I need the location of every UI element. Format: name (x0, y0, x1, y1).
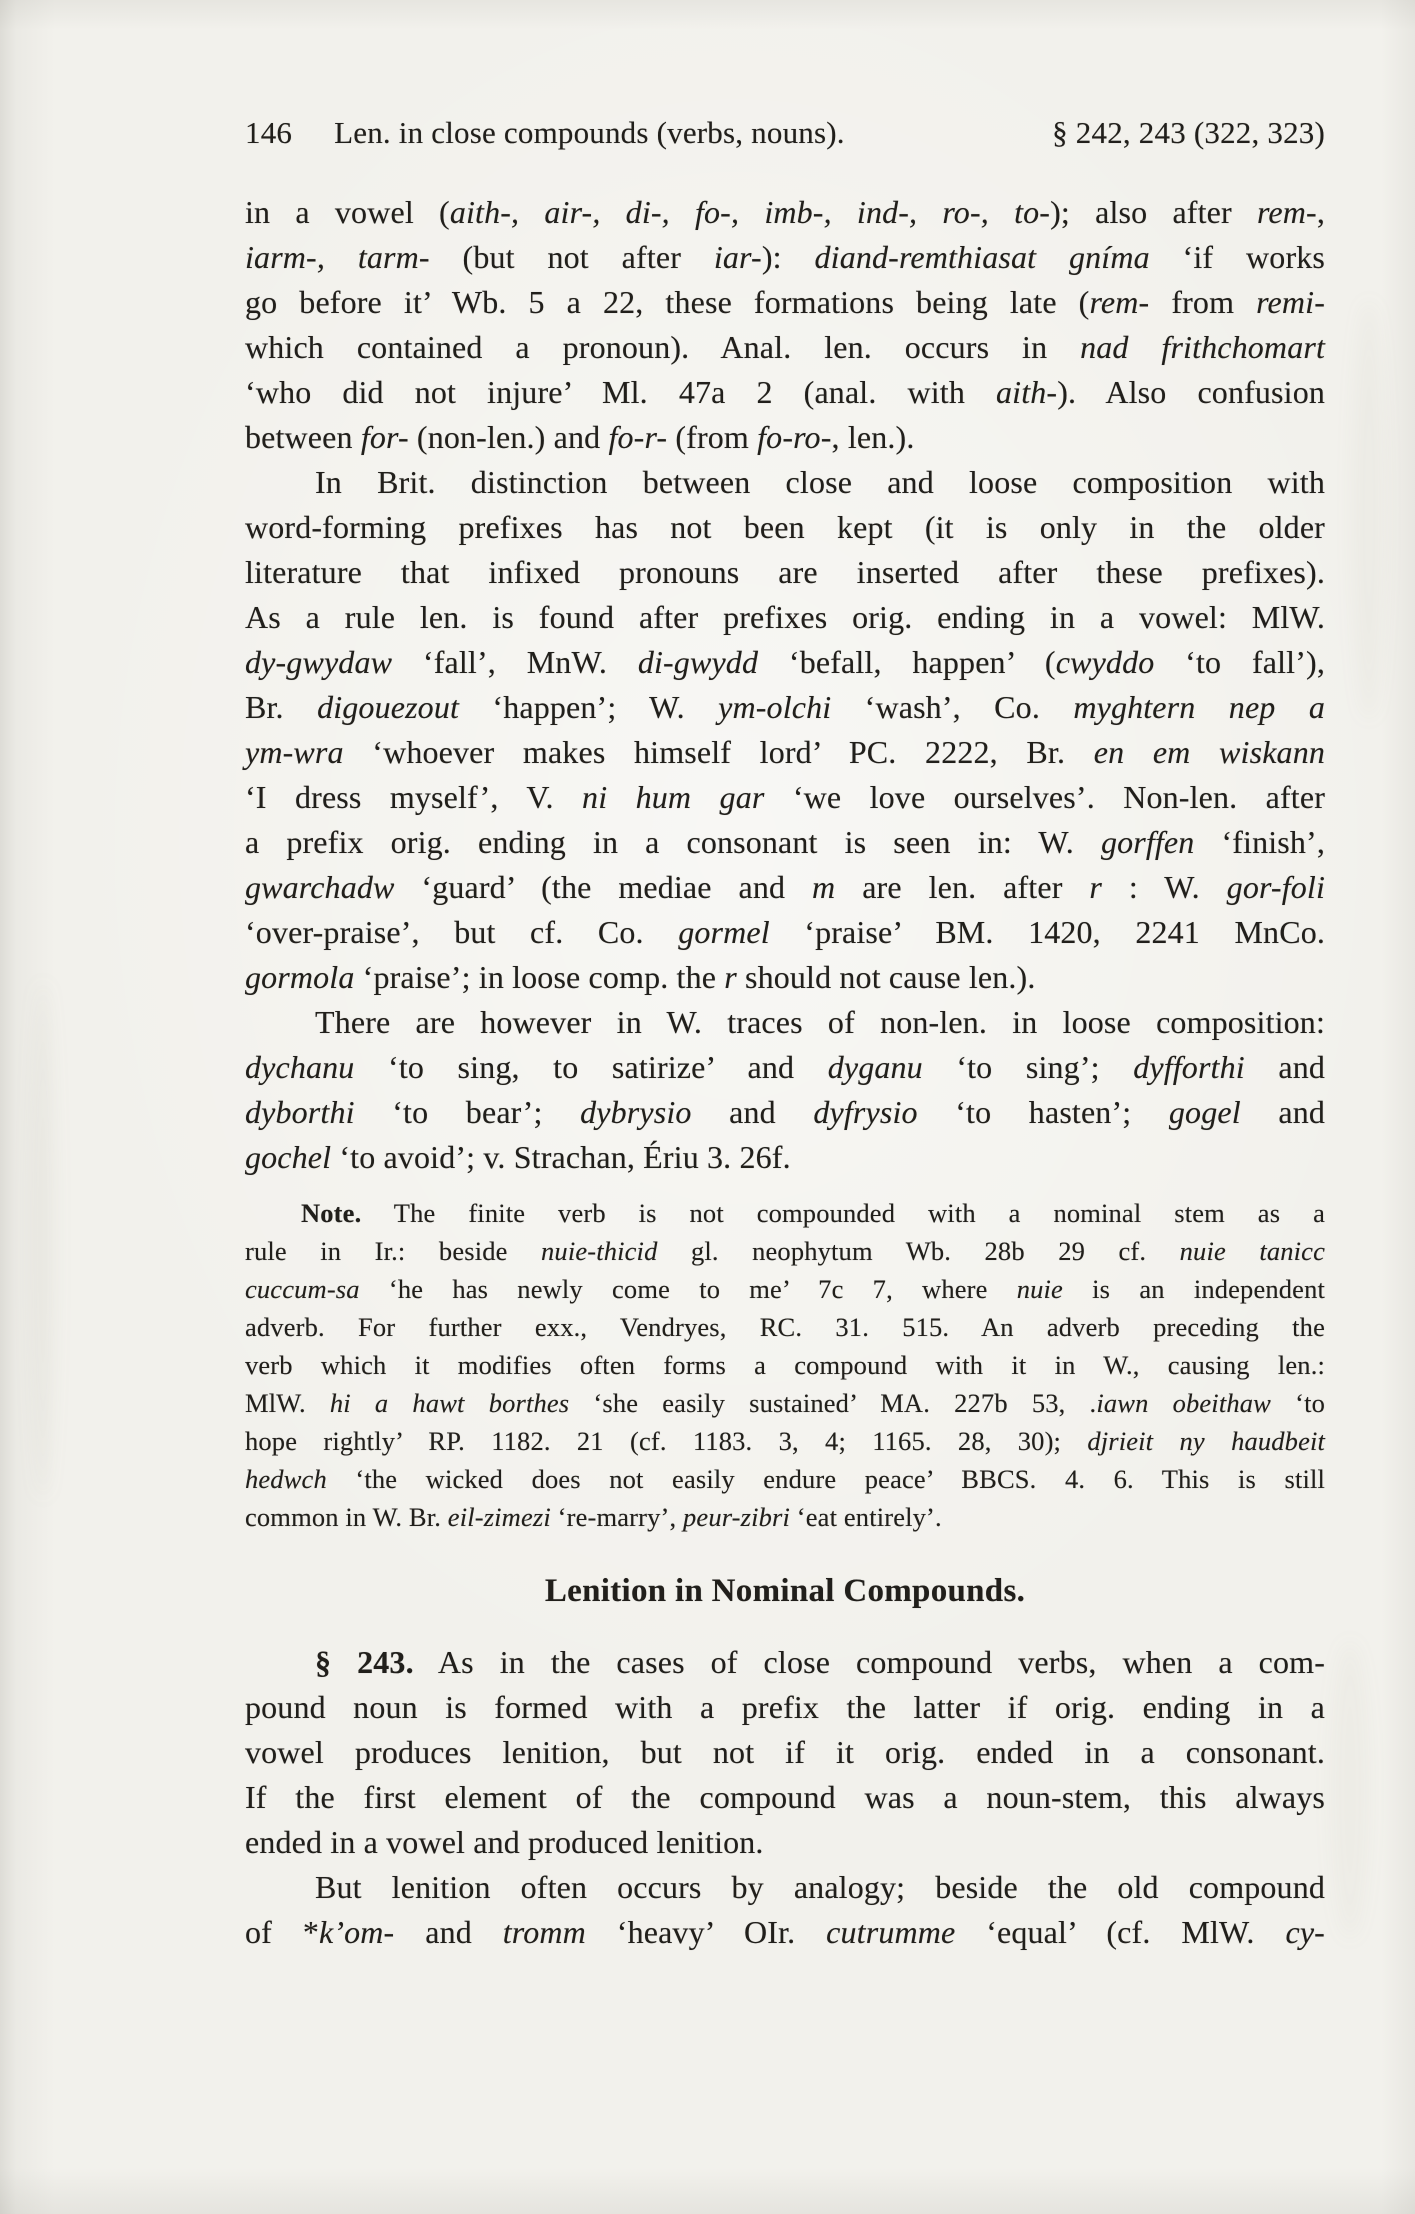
roman-text: which contained a pronoun). Anal. len. o… (245, 329, 1080, 365)
note-finite-verb: Note. The finite verb is not compounded … (245, 1194, 1325, 1536)
running-title: Len. in close compounds (verbs, nouns). (334, 112, 845, 154)
text-line: verb which it modifies often forms a com… (245, 1346, 1325, 1384)
italic-text: dybrysio (580, 1094, 691, 1130)
roman-text: But lenition often occurs by analogy; be… (315, 1869, 1325, 1905)
italic-text: djrieit ny haudbeit (1087, 1426, 1325, 1456)
italic-text: dyborthi (245, 1094, 355, 1130)
roman-text: ); also after (1050, 194, 1257, 230)
italic-text: for- (361, 419, 409, 455)
italic-text: iar- (714, 239, 762, 275)
text-line: gormola ‘praise’; in loose comp. the r s… (245, 955, 1325, 1000)
roman-text: As in the cases of close compound verbs,… (414, 1644, 1325, 1680)
roman-text: ‘who did not injure’ Ml. 47a 2 (anal. wi… (245, 374, 996, 410)
roman-text: ‘to fall’), (1154, 644, 1325, 680)
roman-text: gl. neophytum Wb. 28b 29 cf. (657, 1236, 1179, 1266)
text-line: hope rightly’ RP. 1182. 21 (cf. 1183. 3,… (245, 1422, 1325, 1460)
roman-text: and (1241, 1094, 1325, 1130)
roman-text: should not cause len.). (737, 959, 1036, 995)
italic-text: aith-, air-, di-, fo-, imb-, ind-, ro-, … (450, 194, 1050, 230)
italic-text: r (1089, 869, 1102, 905)
italic-text: cwyddo (1056, 644, 1155, 680)
roman-text: in a vowel ( (245, 194, 450, 230)
text-line: in a vowel (aith-, air-, di-, fo-, imb-,… (245, 190, 1325, 235)
italic-text: aith- (996, 374, 1057, 410)
italic-text: cuccum-sa (245, 1274, 360, 1304)
italic-text: dychanu (245, 1049, 354, 1085)
roman-text: ): (762, 239, 815, 275)
roman-text: ‘to avoid’; v. Strachan, Ériu 3. 26f. (331, 1139, 791, 1175)
roman-text: word-forming prefixes has not been kept … (245, 509, 1325, 545)
roman-text: ‘befall, happen’ ( (758, 644, 1056, 680)
running-header: 146 Len. in close compounds (verbs, noun… (245, 112, 1325, 154)
italic-text: nad frithchomart (1080, 329, 1325, 365)
roman-text: between (245, 419, 361, 455)
bold-text: Note. (301, 1198, 361, 1228)
italic-text: eil-zimezi (448, 1502, 551, 1532)
text-line: As a rule len. is found after prefixes o… (245, 595, 1325, 640)
text-line: dychanu ‘to sing, to satirize’ and dygan… (245, 1045, 1325, 1090)
italic-text: gogel (1169, 1094, 1241, 1130)
roman-text: ‘to sing’; (923, 1049, 1133, 1085)
italic-text: diand-remthiasat gníma (815, 239, 1150, 275)
roman-text: The finite verb is not compounded with a… (361, 1198, 1325, 1228)
roman-text: (but not after (430, 239, 714, 275)
para-243-nominal-compounds: § 243. As in the cases of close compound… (245, 1640, 1325, 1865)
text-line: a prefix orig. ending in a consonant is … (245, 820, 1325, 865)
para-lenition-analogy: But lenition often occurs by analogy; be… (245, 1865, 1325, 1955)
text-line: There are however in W. traces of non-le… (245, 1000, 1325, 1045)
roman-text: ). Also confusion (1057, 374, 1325, 410)
italic-text: cutrumme (826, 1914, 955, 1950)
text-line: dy-gwydaw ‘fall’, MnW. di-gwydd ‘befall,… (245, 640, 1325, 685)
text-line: of *k’om- and tromm ‘heavy’ OIr. cutrumm… (245, 1910, 1325, 1955)
text-line: § 243. As in the cases of close compound… (245, 1640, 1325, 1685)
section-heading: Lenition in Nominal Compounds. (245, 1570, 1325, 1612)
roman-text: ‘equal’ (cf. MlW. (955, 1914, 1285, 1950)
roman-text: ‘she easily sustained’ MA. 227b 53, . (569, 1388, 1096, 1418)
roman-text: ‘to (1271, 1388, 1325, 1418)
text-line: ended in a vowel and produced lenition. (245, 1820, 1325, 1865)
text-line: In Brit. distinction between close and l… (245, 460, 1325, 505)
text-line: Br. digouezout ‘happen’; W. ym-olchi ‘wa… (245, 685, 1325, 730)
italic-text: ym-wra (245, 734, 344, 770)
para-brit-distinction: In Brit. distinction between close and l… (245, 460, 1325, 1000)
italic-text: di-gwydd (638, 644, 758, 680)
roman-text: ‘we love ourselves’. Non-len. after (764, 779, 1325, 815)
italic-text: cy- (1285, 1914, 1325, 1950)
roman-text: MlW. (245, 1388, 330, 1418)
text-line: between for- (non-len.) and fo-r- (from … (245, 415, 1325, 460)
roman-text: ‘fall’, MnW. (392, 644, 638, 680)
italic-text: rem- (1257, 194, 1317, 230)
para-welsh-traces: There are however in W. traces of non-le… (245, 1000, 1325, 1180)
text-line: gwarchadw ‘guard’ (the mediae and m are … (245, 865, 1325, 910)
italic-text: myghtern nep a (1073, 689, 1325, 725)
italic-text: hi a hawt borthes (330, 1388, 569, 1418)
page-number: 146 (245, 112, 292, 154)
italic-text: rem- (1089, 284, 1149, 320)
roman-text: ‘wash’, Co. (831, 689, 1073, 725)
text-line: vowel produces lenition, but not if it o… (245, 1730, 1325, 1775)
text-line: literature that infixed pronouns are ins… (245, 550, 1325, 595)
roman-text: vowel produces lenition, but not if it o… (245, 1734, 1325, 1770)
roman-text: ‘whoever makes himself lord’ PC. 2222, B… (344, 734, 1094, 770)
italic-text: nuie tanicc (1180, 1236, 1325, 1266)
roman-text: a prefix orig. ending in a consonant is … (245, 824, 1101, 860)
text-line: But lenition often occurs by analogy; be… (245, 1865, 1325, 1910)
roman-text: : W. (1102, 869, 1227, 905)
roman-text: verb which it modifies often forms a com… (245, 1350, 1325, 1380)
text-line: dyborthi ‘to bear’; dybrysio and dyfrysi… (245, 1090, 1325, 1135)
italic-text: fo-r- (608, 419, 667, 455)
text-line: cuccum-sa ‘he has newly come to me’ 7c 7… (245, 1270, 1325, 1308)
bold-text: § 243. (315, 1644, 414, 1680)
italic-text: peur-zibri (683, 1502, 790, 1532)
italic-text: iawn obeithaw (1096, 1388, 1271, 1418)
roman-text: and (394, 1914, 502, 1950)
roman-text: common in W. Br. (245, 1502, 448, 1532)
scan-artifact (1352, 300, 1386, 720)
roman-text: pound noun is formed with a prefix the l… (245, 1689, 1325, 1725)
text-line: ‘over-praise’, but cf. Co. gormel ‘prais… (245, 910, 1325, 955)
text-line: ‘I dress myself’, V. ni hum gar ‘we love… (245, 775, 1325, 820)
italic-text: dyfforthi (1133, 1049, 1245, 1085)
text-line: ‘who did not injure’ Ml. 47a 2 (anal. wi… (245, 370, 1325, 415)
italic-text: fo-ro- (757, 419, 831, 455)
roman-text: As a rule len. is found after prefixes o… (245, 599, 1325, 635)
italic-text: dyganu (828, 1049, 923, 1085)
italic-text: nuie-thicid (541, 1236, 657, 1266)
roman-text: ‘heavy’ OIr. (586, 1914, 826, 1950)
italic-text: digouezout (317, 689, 459, 725)
roman-text: , (1317, 194, 1325, 230)
roman-text: rule in Ir.: beside (245, 1236, 541, 1266)
text-line: rule in Ir.: beside nuie-thicid gl. neop… (245, 1232, 1325, 1270)
roman-text: ended in a vowel and produced lenition. (245, 1824, 764, 1860)
roman-text: Br. (245, 689, 317, 725)
italic-text: r (724, 959, 737, 995)
italic-text: k’om- (319, 1914, 394, 1950)
italic-text: m (812, 869, 835, 905)
para-vowel-prefixes: in a vowel (aith-, air-, di-, fo-, imb-,… (245, 190, 1325, 460)
running-header-left: 146 Len. in close compounds (verbs, noun… (245, 112, 845, 154)
book-page: 146 Len. in close compounds (verbs, noun… (0, 0, 1415, 2214)
italic-text: hedwch (245, 1464, 327, 1494)
text-blocks: in a vowel (aith-, air-, di-, fo-, imb-,… (245, 190, 1325, 1955)
text-line: go before it’ Wb. 5 a 22, these formatio… (245, 280, 1325, 325)
text-line: common in W. Br. eil-zimezi ‘re-marry’, … (245, 1498, 1325, 1536)
roman-text: ‘to sing, to satirize’ and (354, 1049, 827, 1085)
roman-text: ‘eat entirely’. (790, 1502, 942, 1532)
roman-text: ‘guard’ (the mediae and (395, 869, 813, 905)
roman-text: adverb. For further exx., Vendryes, RC. … (245, 1312, 1325, 1342)
roman-text: go before it’ Wb. 5 a 22, these formatio… (245, 284, 1089, 320)
italic-text: gormel (678, 914, 770, 950)
roman-text: , len.). (832, 419, 915, 455)
roman-text: ‘if works (1150, 239, 1325, 275)
scan-artifact (1330, 1640, 1370, 1940)
roman-text: and (692, 1094, 814, 1130)
section-reference: § 242, 243 (322, 323) (1052, 112, 1325, 154)
roman-text: (non-len.) and (409, 419, 609, 455)
roman-text: literature that infixed pronouns are ins… (245, 554, 1325, 590)
roman-text: ‘re-marry’, (551, 1502, 683, 1532)
text-line: hedwch ‘the wicked does not easily endur… (245, 1460, 1325, 1498)
roman-text: ‘praise’; in loose comp. the (355, 959, 725, 995)
text-line: gochel ‘to avoid’; v. Strachan, Ériu 3. … (245, 1135, 1325, 1180)
italic-text: gwarchadw (245, 869, 395, 905)
roman-text: and (1245, 1049, 1325, 1085)
italic-text: en em wiskann (1094, 734, 1325, 770)
italic-text: tromm (503, 1914, 586, 1950)
text-line: which contained a pronoun). Anal. len. o… (245, 325, 1325, 370)
text-line: word-forming prefixes has not been kept … (245, 505, 1325, 550)
roman-text: ‘I dress myself’, V. (245, 779, 582, 815)
text-line: If the first element of the compound was… (245, 1775, 1325, 1820)
roman-text: ‘to bear’; (355, 1094, 580, 1130)
italic-text: ni hum gar (582, 779, 764, 815)
roman-text: from (1149, 284, 1256, 320)
roman-text: ‘over-praise’, but cf. Co. (245, 914, 678, 950)
italic-text: remi- (1256, 284, 1325, 320)
roman-text: ‘to hasten’; (918, 1094, 1169, 1130)
italic-text: gochel (245, 1139, 331, 1175)
italic-text: gorffen (1101, 824, 1195, 860)
roman-text: is an independent (1063, 1274, 1325, 1304)
roman-text: ‘he has newly come to me’ 7c 7, where (360, 1274, 1017, 1304)
roman-text: If the first element of the compound was… (245, 1779, 1325, 1815)
roman-text: are len. after (835, 869, 1089, 905)
italic-text: gor-foli (1227, 869, 1325, 905)
italic-text: nuie (1017, 1274, 1063, 1304)
italic-text: dy-gwydaw (245, 644, 392, 680)
italic-text: iarm-, tarm- (245, 239, 430, 275)
page-body: 146 Len. in close compounds (verbs, noun… (245, 112, 1325, 1955)
roman-text: ‘finish’, (1194, 824, 1325, 860)
roman-text: of * (245, 1914, 319, 1950)
text-line: pound noun is formed with a prefix the l… (245, 1685, 1325, 1730)
roman-text: ‘praise’ BM. 1420, 2241 MnCo. (770, 914, 1325, 950)
roman-text: ‘the wicked does not easily endure peace… (327, 1464, 1325, 1494)
italic-text: dyfrysio (813, 1094, 917, 1130)
text-line: ym-wra ‘whoever makes himself lord’ PC. … (245, 730, 1325, 775)
text-line: Note. The finite verb is not compounded … (245, 1194, 1325, 1232)
roman-text: (from (667, 419, 757, 455)
roman-text: In Brit. distinction between close and l… (315, 464, 1325, 500)
italic-text: gormola (245, 959, 355, 995)
scan-artifact (30, 980, 56, 1500)
italic-text: ym-olchi (718, 689, 831, 725)
text-line: iarm-, tarm- (but not after iar-): diand… (245, 235, 1325, 280)
text-line: MlW. hi a hawt borthes ‘she easily susta… (245, 1384, 1325, 1422)
roman-text: hope rightly’ RP. 1182. 21 (cf. 1183. 3,… (245, 1426, 1087, 1456)
text-line: adverb. For further exx., Vendryes, RC. … (245, 1308, 1325, 1346)
roman-text: ‘happen’; W. (459, 689, 718, 725)
roman-text: There are however in W. traces of non-le… (315, 1004, 1325, 1040)
